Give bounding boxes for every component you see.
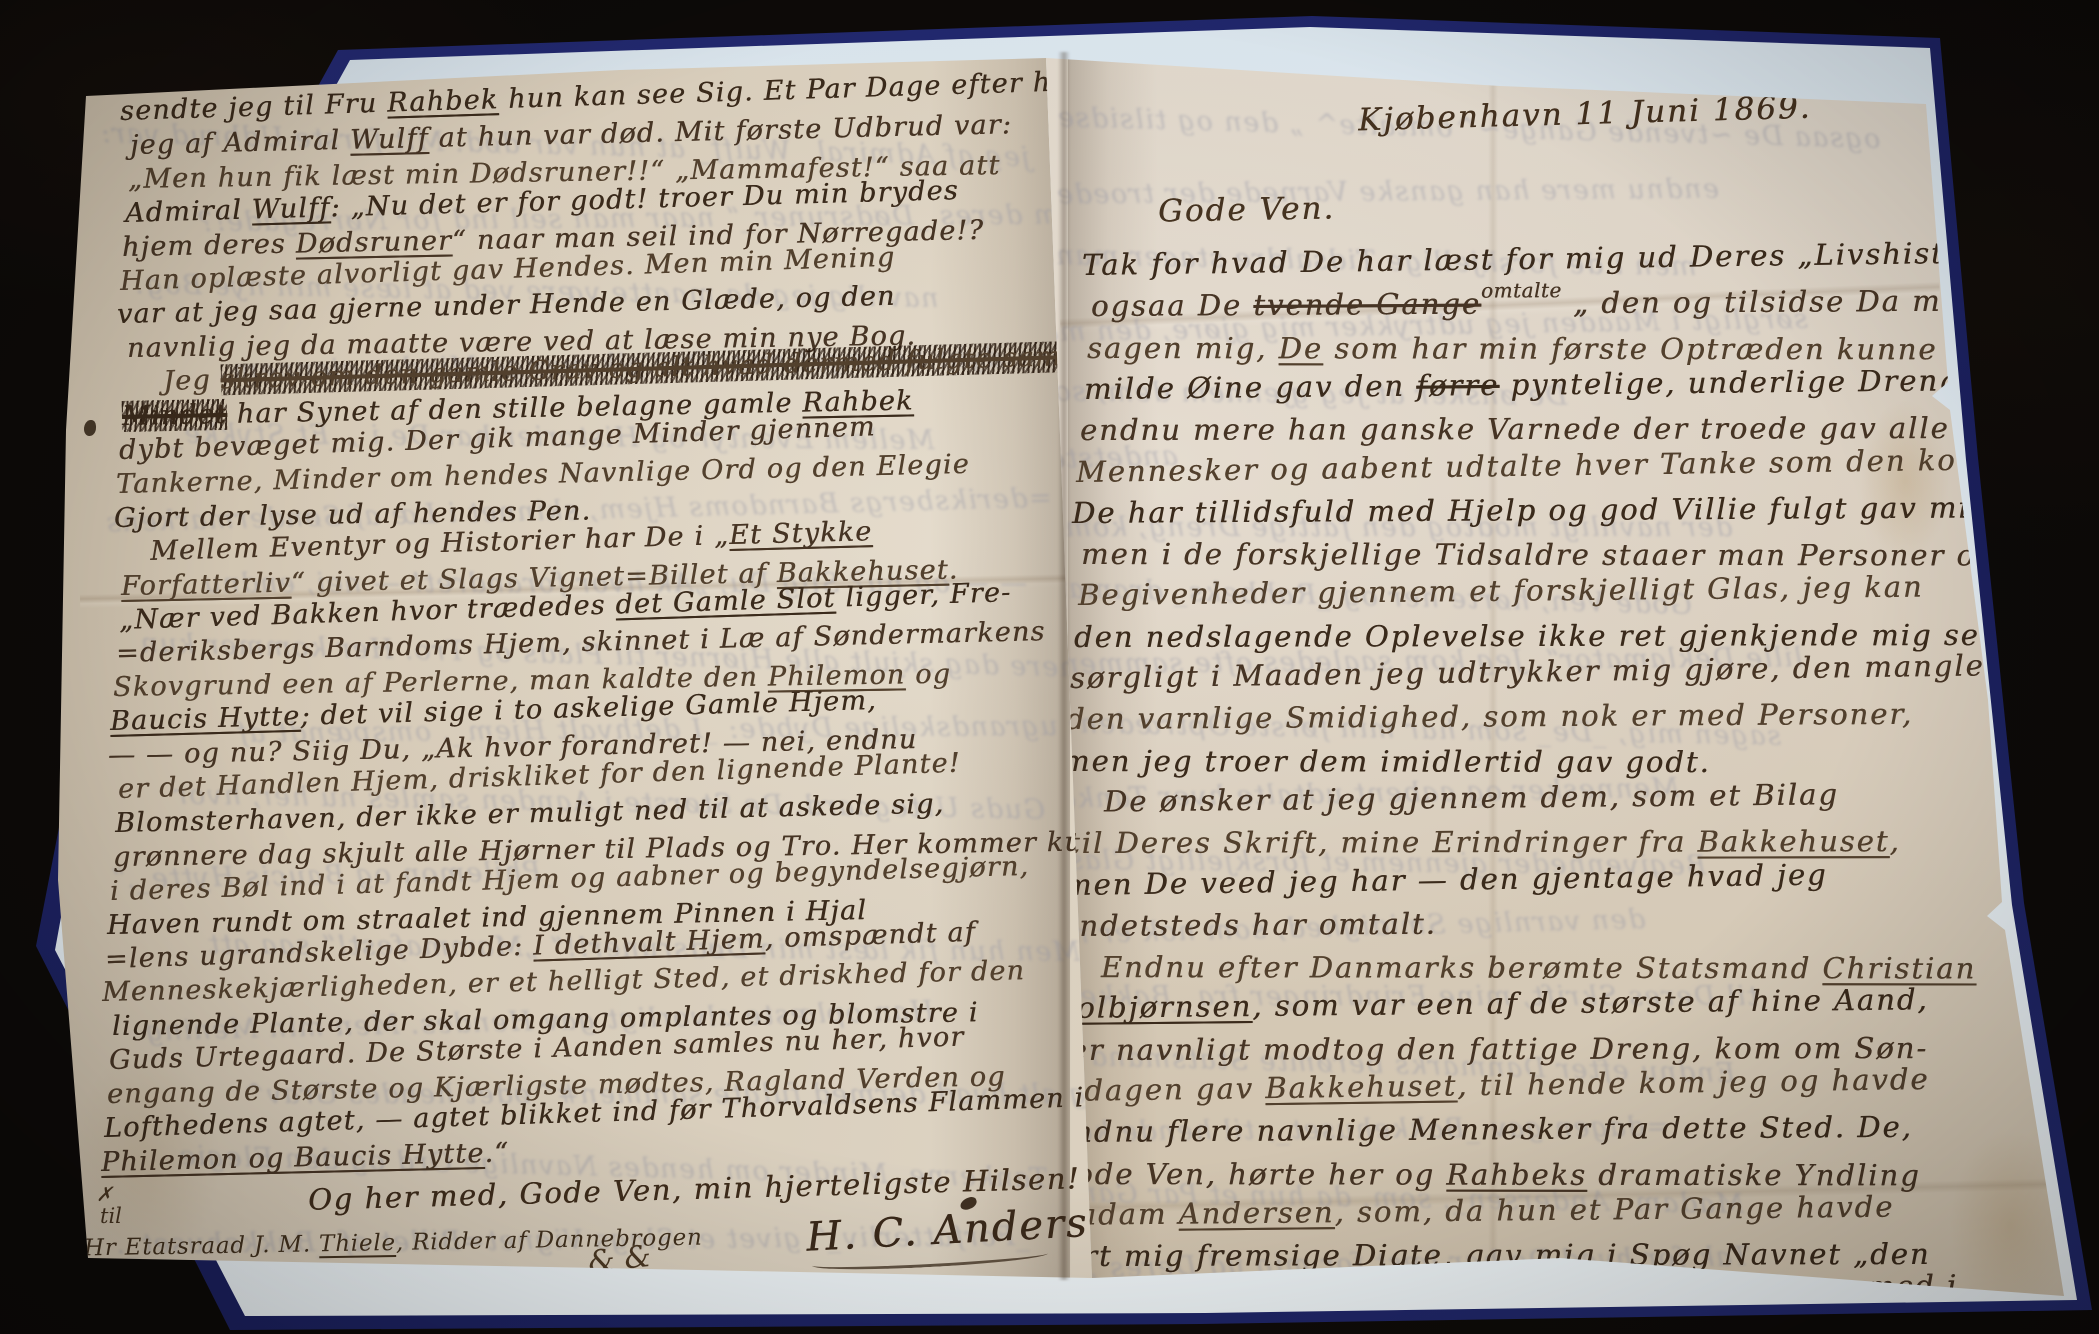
handwriting-line: Gode Ven, hørte her og Rahbeks dramatisk… bbox=[1050, 1157, 1921, 1192]
handwriting-line: Colbjørnsen, som var een af de største a… bbox=[1052, 983, 1928, 1026]
handwriting-line: endnu flere navnlige Mennesker fra dette… bbox=[1054, 1110, 1913, 1149]
handwriting-line: men jeg troer dem imidlertid gav godt. bbox=[1062, 744, 1711, 779]
handwriting-line: den nedslagende Oplevelse ikke ret gjenk… bbox=[1074, 618, 2017, 654]
handwriting-line: Endnu efter Danmarks berømte Statsmand C… bbox=[1056, 950, 1976, 985]
salutation: Gode Ven. bbox=[1158, 190, 1336, 229]
handwriting-line: endnu mere han ganske Varnede der troede… bbox=[1080, 411, 1950, 447]
handwriting-line: den varnlige Smidighed, som nok er med P… bbox=[1066, 697, 1913, 736]
handwriting-line: Begivenheder gjennem et forskjelligt Gla… bbox=[1077, 570, 1923, 612]
handwriting-line: til Deres Skrift, mine Erindringer fra B… bbox=[1068, 824, 1901, 860]
handwriting-line: Madam Andersen, som, da hun et Par Gange… bbox=[1046, 1189, 1894, 1231]
handwriting-line: sagen mig, De som har min første Optræde… bbox=[1087, 331, 2018, 366]
handwriting-line: milde Øine gav den førre pyntelige, unde… bbox=[1083, 362, 2037, 405]
handwriting-line: Tak for hvad De har læst for mig ud Dere… bbox=[1082, 235, 2039, 282]
handwriting-line: men i de forskjellige Tidsaldre staaer m… bbox=[1081, 537, 1996, 572]
handwriting-line: De har tillidsfuld med Hjelp og god Vill… bbox=[1072, 490, 2002, 530]
photo-of-letter: jeg af Admiral _Wulff_ at hun var død. M… bbox=[0, 0, 2099, 1334]
ink-blot bbox=[84, 420, 96, 436]
handwriting-line: Mennesker og aabent udtalte hver Tanke s… bbox=[1076, 442, 1998, 489]
handwriting-line: De ønsker at jeg gjennem dem, som et Bil… bbox=[1058, 777, 1838, 819]
handwriting-line: andetsteds har omtalt. bbox=[1060, 906, 1437, 942]
handwriting-line: der navnligt modtog den fattige Dreng, k… bbox=[1049, 1031, 1928, 1067]
address-to: til bbox=[100, 1204, 122, 1228]
ink-mark: ✗ bbox=[96, 1182, 113, 1206]
